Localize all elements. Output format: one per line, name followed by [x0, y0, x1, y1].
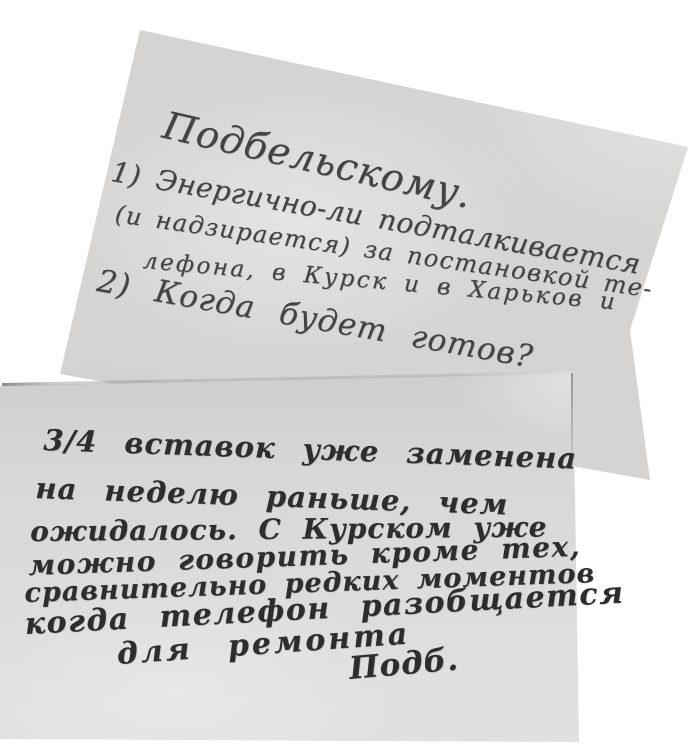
scanned-notes-page: Подбельскому. 1) Энергично-ли подталкива… — [0, 0, 692, 745]
card-right-edge-line — [571, 373, 573, 473]
